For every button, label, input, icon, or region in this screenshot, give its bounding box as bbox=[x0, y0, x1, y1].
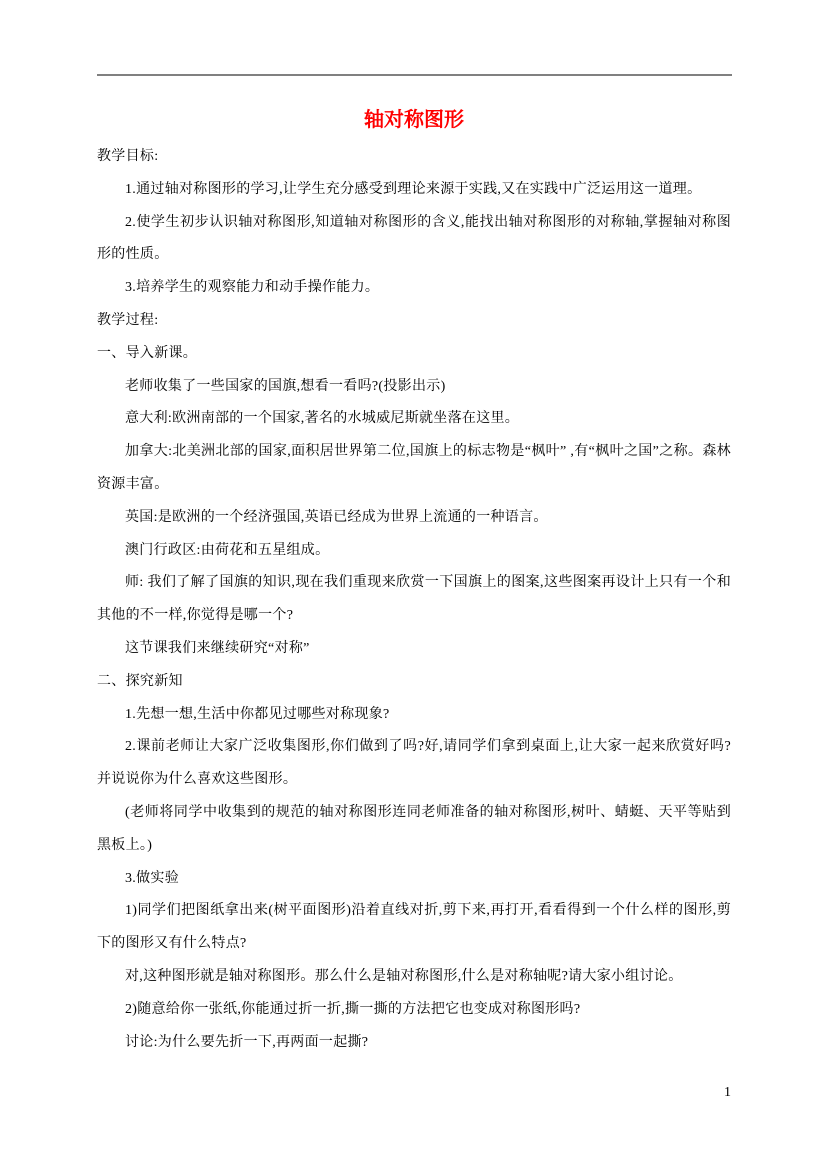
header-divider-line bbox=[97, 74, 732, 76]
paragraph: 1.通过轴对称图形的学习,让学生充分感受到理论来源于实践,又在实践中广泛运用这一… bbox=[97, 174, 731, 207]
paragraph: 澳门行政区:由荷花和五星组成。 bbox=[97, 535, 731, 568]
paragraph: 老师收集了一些国家的国旗,想看一看吗?(投影出示) bbox=[97, 371, 731, 404]
page-title: 轴对称图形 bbox=[97, 99, 731, 141]
paragraph: 对,这种图形就是轴对称图形。那么什么是轴对称图形,什么是对称轴呢?请大家小组讨论… bbox=[97, 961, 731, 994]
paragraph: 一、导入新课。 bbox=[97, 338, 731, 371]
paragraph: 教学过程: bbox=[97, 305, 731, 338]
paragraph: 教学目标: bbox=[97, 141, 731, 174]
document-page: 轴对称图形 教学目标:1.通过轴对称图形的学习,让学生充分感受到理论来源于实践,… bbox=[0, 0, 827, 1170]
document-body: 教学目标:1.通过轴对称图形的学习,让学生充分感受到理论来源于实践,又在实践中广… bbox=[97, 141, 731, 1059]
paragraph: 3.培养学生的观察能力和动手操作能力。 bbox=[97, 272, 731, 305]
paragraph: 3.做实验 bbox=[97, 863, 731, 896]
paragraph: 2)随意给你一张纸,你能通过折一折,撕一撕的方法把它也变成对称图形吗? bbox=[97, 994, 731, 1027]
paragraph: 2.课前老师让大家广泛收集图形,你们做到了吗?好,请同学们拿到桌面上,让大家一起… bbox=[97, 731, 731, 797]
paragraph: 讨论:为什么要先折一下,再两面一起撕? bbox=[97, 1027, 731, 1060]
paragraph: 意大利:欧洲南部的一个国家,著名的水城威尼斯就坐落在这里。 bbox=[97, 403, 731, 436]
paragraph: 师: 我们了解了国旗的知识,现在我们重现来欣赏一下国旗上的图案,这些图案再设计上… bbox=[97, 567, 731, 633]
paragraph: 1)同学们把图纸拿出来(树平面图形)沿着直线对折,剪下来,再打开,看看得到一个什… bbox=[97, 895, 731, 961]
paragraph: 二、探究新知 bbox=[97, 666, 731, 699]
paragraph: 英国:是欧洲的一个经济强国,英语已经成为世界上流通的一种语言。 bbox=[97, 502, 731, 535]
paragraph: 2.使学生初步认识轴对称图形,知道轴对称图形的含义,能找出轴对称图形的对称轴,掌… bbox=[97, 207, 731, 273]
paragraph: 这节课我们来继续研究“对称” bbox=[97, 633, 731, 666]
document-content: 轴对称图形 教学目标:1.通过轴对称图形的学习,让学生充分感受到理论来源于实践,… bbox=[97, 99, 731, 1059]
paragraph: (老师将同学中收集到的规范的轴对称图形连同老师准备的轴对称图形,树叶、蜻蜓、天平… bbox=[97, 797, 731, 863]
paragraph: 1.先想一想,生活中你都见过哪些对称现象? bbox=[97, 699, 731, 732]
page-number: 1 bbox=[97, 1084, 731, 1102]
paragraph: 加拿大:北美洲北部的国家,面积居世界第二位,国旗上的标志物是“枫叶” ,有“枫叶… bbox=[97, 436, 731, 502]
